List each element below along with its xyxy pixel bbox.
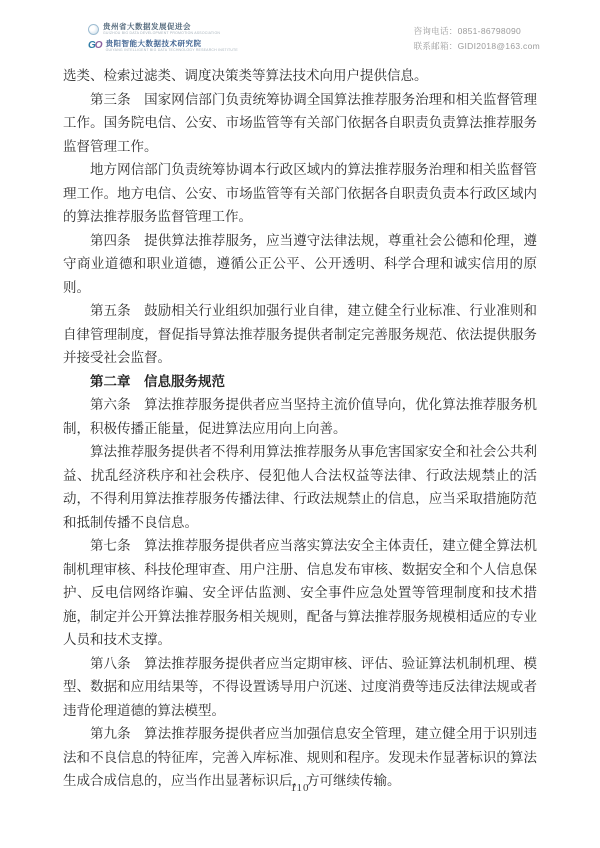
association-name: 贵州省大数据发展促进会 (103, 23, 220, 31)
institute-caption: GUIYANG INTELLIGENT BIG DATA TECHNOLOGY … (106, 48, 238, 53)
paragraph: 选类、检索过滤类、调度决策类等算法技术向用户提供信息。 (63, 64, 537, 88)
institute-name: 贵阳智能大数据技术研究院 (106, 40, 238, 48)
phone-number: 0851-86798090 (458, 26, 521, 36)
paragraph: 第五条 鼓励相关行业组织加强行业自律，建立健全行业标准、行业准则和自律管理制度，… (63, 299, 537, 370)
paragraph: 地方网信部门负责统筹协调本行政区域内的算法推荐服务治理和相关监督管理工作。地方电… (63, 158, 537, 229)
page-header: 贵州省大数据发展促进会 GUIZHOU BIG DATA DEVELOPMENT… (0, 0, 600, 62)
logo-block: 贵州省大数据发展促进会 GUIZHOU BIG DATA DEVELOPMENT… (88, 23, 238, 57)
contact-info: 咨询电话：0851-86798090 联系邮箱：GIDI2018@163.com (414, 24, 540, 54)
contact-email: 联系邮箱：GIDI2018@163.com (414, 39, 540, 54)
logo-association: 贵州省大数据发展促进会 GUIZHOU BIG DATA DEVELOPMENT… (88, 23, 238, 37)
paragraph: 第七条 算法推荐服务提供者应当落实算法安全主体责任，建立健全算法机制机理审核、科… (63, 534, 537, 652)
paragraph: 算法推荐服务提供者不得利用算法推荐服务从事危害国家安全和社会公共利益、扰乱经济秩… (63, 440, 537, 534)
paragraph: 第六条 算法推荐服务提供者应当坚持主流价值导向，优化算法推荐服务机制，积极传播正… (63, 393, 537, 440)
page-number: 110 (0, 782, 600, 794)
phone-label: 咨询电话： (414, 26, 458, 36)
association-caption: GUIZHOU BIG DATA DEVELOPMENT PROMOTION A… (103, 31, 220, 36)
document-body: 选类、检索过滤类、调度决策类等算法技术向用户提供信息。 第三条 国家网信部门负责… (63, 64, 537, 793)
paragraph: 第四条 提供算法推荐服务，应当遵守法律法规，尊重社会公德和伦理，遵守商业道德和职… (63, 229, 537, 300)
email-label: 联系邮箱： (414, 41, 458, 51)
chapter-heading: 第二章 信息服务规范 (63, 370, 537, 394)
email-address: GIDI2018@163.com (458, 41, 540, 51)
association-emblem-icon (88, 24, 99, 35)
contact-phone: 咨询电话：0851-86798090 (414, 24, 540, 39)
logo-institute: GO 贵阳智能大数据技术研究院 GUIYANG INTELLIGENT BIG … (88, 40, 238, 54)
go-monogram-icon: GO (88, 40, 102, 52)
paragraph: 第八条 算法推荐服务提供者应当定期审核、评估、验证算法机制机理、模型、数据和应用… (63, 652, 537, 723)
paragraph: 第三条 国家网信部门负责统筹协调全国算法推荐服务治理和相关监督管理工作。国务院电… (63, 88, 537, 159)
